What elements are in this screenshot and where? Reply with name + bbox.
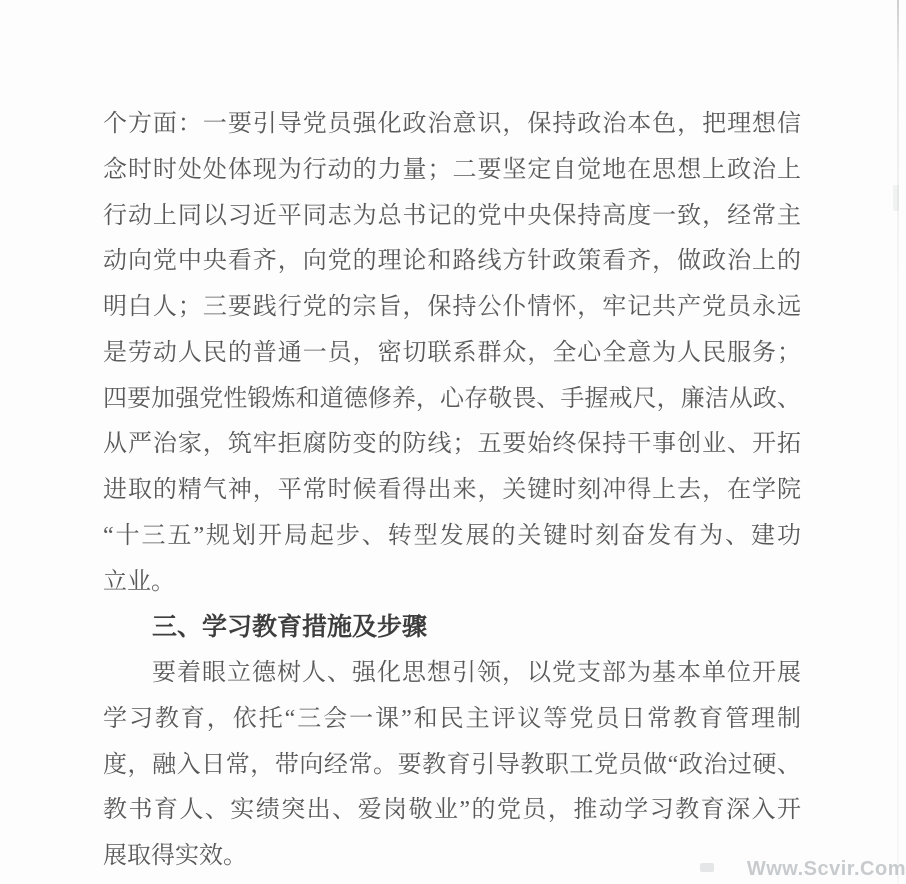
paragraph-first-line: 要着眼立德树人、强化思想引领，以党支部为基本单位开展 [103, 651, 801, 697]
scan-artifact [700, 863, 714, 872]
body-line: 立业。 [103, 560, 801, 606]
watermark: Www.Scvir.Com [747, 858, 906, 881]
body-line: “十三五”规划开局起步、转型发展的关键时刻奋发有为、建功 [103, 514, 801, 560]
body-line: 进取的精气神，平常时候看得出来，关键时刻冲得上去，在学院 [103, 468, 801, 514]
body-line: 四要加强党性锻炼和道德修养，心存敬畏、手握戒尺，廉洁从政、 [103, 377, 801, 423]
body-line: 展取得实效。 [103, 834, 801, 880]
section-heading: 三、学习教育措施及步骤 [103, 605, 801, 651]
scan-artifact [893, 185, 899, 211]
body-line: 学习教育，依托“三会一课”和民主评议等党员日常教育管理制 [103, 697, 801, 743]
body-line: 动向党中央看齐，向党的理论和路线方针政策看齐，做政治上的 [103, 239, 801, 285]
body-line: 行动上同以习近平同志为总书记的党中央保持高度一致，经常主 [103, 194, 801, 240]
scan-edge-line [897, 0, 899, 884]
document-body: 个方面：一要引导党员强化政治意识，保持政治本色，把理想信 念时时处处体现为行动的… [103, 102, 801, 880]
body-line: 从严治家，筑牢拒腐防变的防线；五要始终保持干事创业、开拓 [103, 422, 801, 468]
body-line: 明白人；三要践行党的宗旨，保持公仆情怀，牢记共产党员永远 [103, 285, 801, 331]
body-line: 是劳动人民的普通一员，密切联系群众，全心全意为人民服务； [103, 331, 801, 377]
body-line: 个方面：一要引导党员强化政治意识，保持政治本色，把理想信 [103, 102, 801, 148]
body-line: 念时时处处体现为行动的力量；二要坚定自觉地在思想上政治上 [103, 148, 801, 194]
body-line: 度，融入日常，带向经常。要教育引导教职工党员做“政治过硬、 [103, 743, 801, 789]
body-line: 教书育人、实绩突出、爱岗敬业”的党员，推动学习教育深入开 [103, 788, 801, 834]
scanned-document-page: 个方面：一要引导党员强化政治意识，保持政治本色，把理想信 念时时处处体现为行动的… [0, 0, 906, 884]
